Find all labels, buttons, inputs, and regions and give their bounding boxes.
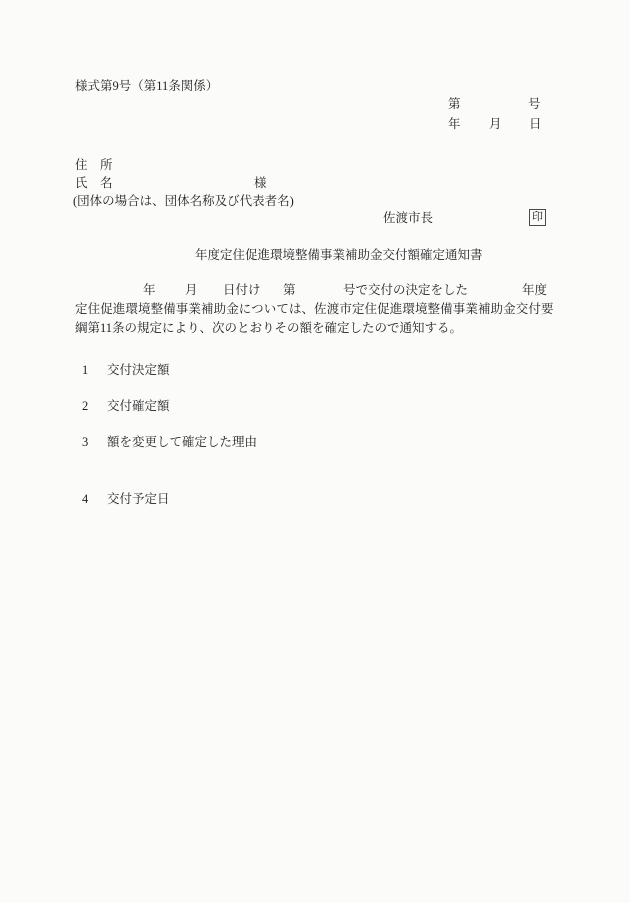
date-month-label: 月 [489,117,502,133]
date-day-label: 日 [529,117,542,133]
recipient-honorific: 様 [254,176,267,192]
document-title: 年度定住促進環境整備事業補助金交付額確定通知書 [195,248,483,264]
item-1-label: 交付決定額 [107,363,170,379]
item-2-number: 2 [82,399,88,415]
seal-box: 印 [529,209,546,226]
doc-number-suffix: 号 [528,97,541,113]
seal-character: 印 [532,212,543,223]
date-year-label: 年 [448,117,461,133]
item-4-label: 交付予定日 [107,492,170,508]
item-3-number: 3 [82,435,88,451]
item-2-label: 交付確定額 [107,399,170,415]
body-line1-decision: 号で交付の決定をした [343,283,468,299]
doc-number-prefix: 第 [448,97,461,113]
body-line1-year: 年 [143,283,156,299]
body-line1-dated: 日付け [223,283,261,299]
body-line1-month: 月 [185,283,198,299]
recipient-name-label: 氏 名 [75,176,113,192]
body-line1-number-prefix: 第 [283,283,296,299]
item-3-label: 額を変更して確定した理由 [107,435,257,451]
body-line1-fiscal-year: 年度 [522,283,547,299]
recipient-group-note: (団体の場合は、団体名称及び代表者名) [73,194,294,210]
document-page: 様式第9号（第11条関係） 第 号 年 月 日 住 所 氏 名 様 (団体の場合… [0,0,630,903]
body-line3: 綱第11条の規定により、次のとおりその額を確定したので通知する。 [75,321,462,337]
recipient-address-label: 住 所 [75,158,113,174]
issuer-title: 佐渡市長 [383,211,433,227]
form-number: 様式第9号（第11条関係） [75,79,218,95]
body-line2: 定住促進環境整備事業補助金については、佐渡市定住促進環境整備事業補助金交付要 [75,302,554,318]
item-1-number: 1 [82,363,88,379]
item-4-number: 4 [82,492,88,508]
